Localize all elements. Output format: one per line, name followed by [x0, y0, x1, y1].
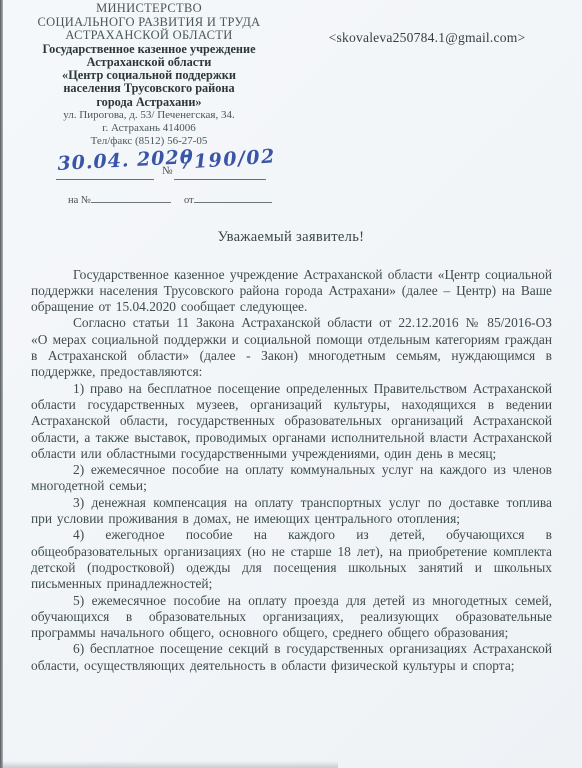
sender-email-block: <skovaleva250784.1@gmail.com>	[278, 2, 582, 149]
scan-edge-artifact	[0, 0, 3, 768]
institution-line: «Центр социальной поддержки	[20, 69, 278, 82]
scan-bottom-shadow	[0, 761, 338, 768]
letter-body: Государственное казенное учреждение Астр…	[31, 267, 552, 674]
letterhead-left-block: МИНИСТЕРСТВО СОЦИАЛЬНОГО РАЗВИТИЯ И ТРУД…	[20, 2, 278, 149]
address-city: г. Астрахань 414006	[20, 122, 278, 135]
institution-line: города Астрахани»	[20, 96, 278, 109]
salutation: Уважаемый заявитель!	[0, 229, 582, 246]
reply-reference-row: на №от	[68, 192, 582, 207]
reply-from-label: от	[184, 195, 194, 206]
list-item-1: 1) право на бесплатное посещение определ…	[31, 381, 552, 462]
institution-line: населения Трусовского района	[20, 82, 278, 95]
address-street: ул. Пирогова, д. 53/ Печенегская, 34.	[20, 109, 278, 122]
number-sign-label: №	[162, 165, 173, 177]
ministry-name: МИНИСТЕРСТВО СОЦИАЛЬНОГО РАЗВИТИЯ И ТРУД…	[20, 2, 278, 43]
letterhead: МИНИСТЕРСТВО СОЦИАЛЬНОГО РАЗВИТИЯ И ТРУД…	[0, 0, 582, 149]
reference-number-row: 30.04. 2020 № 7190/02	[58, 155, 582, 185]
list-item-2: 2) ежемесячное пособие на оплату коммуна…	[31, 462, 552, 495]
list-item-5: 5) ежемесячное пособие на оплату проезда…	[31, 593, 552, 642]
list-item-6: 6) бесплатное посещение секций в государ…	[31, 641, 552, 674]
institution-line: Государственное казенное учреждение	[20, 43, 278, 56]
address-phone: Тел/факс (8512) 56-27-05	[20, 135, 278, 148]
paragraph-legal-basis: Согласно статьи 11 Закона Астраханской о…	[31, 315, 552, 380]
scanned-letter-page: МИНИСТЕРСТВО СОЦИАЛЬНОГО РАЗВИТИЯ И ТРУД…	[0, 0, 582, 768]
reply-to-label: на №	[68, 195, 91, 206]
ministry-line: АСТРАХАНСКОЙ ОБЛАСТИ	[20, 29, 278, 43]
number-underline	[174, 179, 266, 180]
reply-date-blank	[194, 192, 272, 203]
institution-line: Астраханской области	[20, 56, 278, 69]
ministry-line: СОЦИАЛЬНОГО РАЗВИТИЯ И ТРУДА	[20, 16, 278, 30]
institution-name: Государственное казенное учреждение Астр…	[20, 43, 278, 109]
ministry-line: МИНИСТЕРСТВО	[20, 2, 278, 16]
handwritten-date: 30.04. 2020	[57, 145, 195, 174]
paragraph-intro: Государственное казенное учреждение Астр…	[31, 267, 552, 316]
sender-email: <skovaleva250784.1@gmail.com>	[329, 30, 526, 45]
reply-number-blank	[91, 192, 171, 203]
date-underline	[56, 179, 154, 180]
list-item-4: 4) ежегодное пособие на каждого из детей…	[31, 527, 552, 592]
list-item-3: 3) денежная компенсация на оплату трансп…	[31, 495, 552, 528]
institution-address: ул. Пирогова, д. 53/ Печенегская, 34. г.…	[20, 109, 278, 149]
